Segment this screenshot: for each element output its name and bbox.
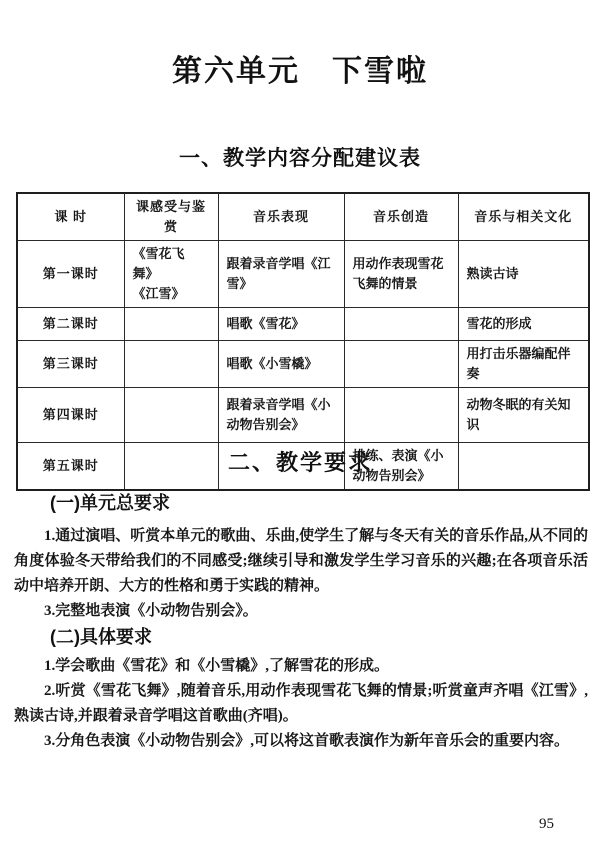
requirements-content: (一)单元总要求 1.通过演唱、听赏本单元的歌曲、乐曲,使学生了解与冬天有关的音…: [14, 490, 588, 754]
table-cell-period: 第一课时: [17, 241, 124, 308]
table-cell-performance: 唱歌《小雪橇》: [218, 341, 344, 388]
table-cell-culture: 用打击乐器编配伴奏: [458, 341, 589, 388]
table-header-row: 课 时 课感受与鉴赏 音乐表现 音乐创造 音乐与相关文化: [17, 193, 589, 241]
table-row: 第一课时 《雪花飞舞》 《江雪》 跟着录音学唱《江雪》 用动作表现雪花飞舞的情景…: [17, 241, 589, 308]
unit-title: 第六单元 下雪啦: [0, 46, 600, 90]
table-cell-performance: 跟着录音学唱《小动物告别会》: [218, 388, 344, 443]
table-cell-culture: 动物冬眠的有关知识: [458, 388, 589, 443]
table-cell-appreciation: [124, 308, 218, 341]
table-cell-appreciation: 《雪花飞舞》 《江雪》: [124, 241, 218, 308]
table-cell-creation: [344, 308, 458, 341]
table-header-period: 课 时: [17, 193, 124, 241]
table-cell-appreciation: [124, 388, 218, 443]
table-row: 第三课时 唱歌《小雪橇》 用打击乐器编配伴奏: [17, 341, 589, 388]
table-header-performance: 音乐表现: [218, 193, 344, 241]
table-row: 第四课时 跟着录音学唱《小动物告别会》 动物冬眠的有关知识: [17, 388, 589, 443]
table-cell-culture: 雪花的形成: [458, 308, 589, 341]
specific-requirement-item: 3.分角色表演《小动物告别会》,可以将这首歌表演作为新年音乐会的重要内容。: [14, 729, 588, 754]
table-cell-creation: [344, 341, 458, 388]
table-cell-period: 第三课时: [17, 341, 124, 388]
general-requirement-item: 3.完整地表演《小动物告别会》。: [14, 599, 588, 624]
subsection-heading-specific-requirements: (二)具体要求: [14, 624, 588, 650]
section-heading-teaching-content-table: 一、教学内容分配建议表: [0, 142, 600, 172]
specific-requirement-item: 2.听赏《雪花飞舞》,随着音乐,用动作表现雪花飞舞的情景;听赏童声齐唱《江雪》,…: [14, 679, 588, 729]
subsection-heading-unit-general-requirements: (一)单元总要求: [14, 490, 588, 516]
page-number: 95: [539, 816, 554, 833]
table-cell-culture: 熟读古诗: [458, 241, 589, 308]
table-cell-period: 第二课时: [17, 308, 124, 341]
table-cell-performance: 唱歌《雪花》: [218, 308, 344, 341]
document-page: 第六单元 下雪啦 一、教学内容分配建议表 课 时 课感受与鉴赏 音乐表现 音乐创…: [0, 0, 600, 861]
table-cell-creation: [344, 388, 458, 443]
table-cell-period: 第四课时: [17, 388, 124, 443]
table-cell-appreciation: [124, 341, 218, 388]
table-header-appreciation: 课感受与鉴赏: [124, 193, 218, 241]
table-header-creation: 音乐创造: [344, 193, 458, 241]
specific-requirement-item: 1.学会歌曲《雪花》和《小雪橇》,了解雪花的形成。: [14, 654, 588, 679]
general-requirement-item: 1.通过演唱、听赏本单元的歌曲、乐曲,使学生了解与冬天有关的音乐作品,从不同的角…: [14, 524, 588, 599]
table-header-culture: 音乐与相关文化: [458, 193, 589, 241]
table-cell-creation: 用动作表现雪花飞舞的情景: [344, 241, 458, 308]
section-heading-teaching-requirements: 二、教学要求: [0, 446, 600, 477]
table-row: 第二课时 唱歌《雪花》 雪花的形成: [17, 308, 589, 341]
table-cell-performance: 跟着录音学唱《江雪》: [218, 241, 344, 308]
